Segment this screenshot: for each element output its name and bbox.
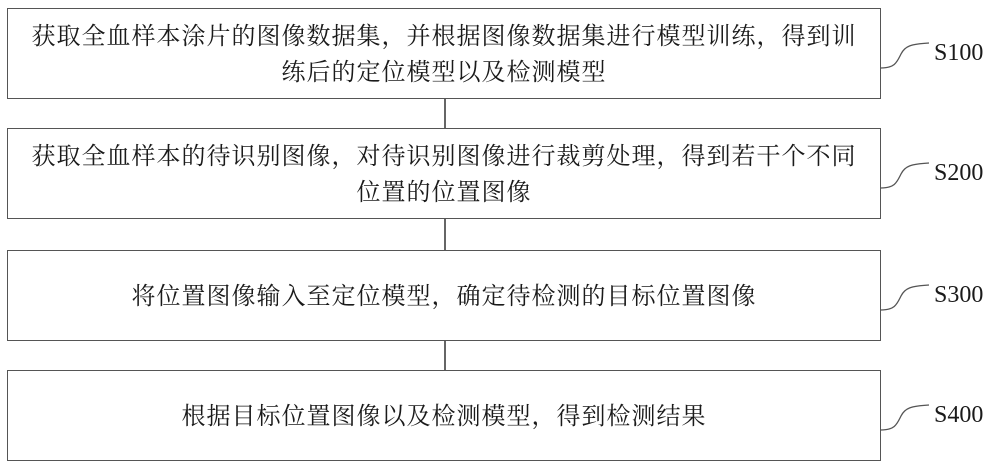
step-box-s400: 根据目标位置图像以及检测模型，得到检测结果 <box>7 370 881 461</box>
connector-s100-s200 <box>444 99 446 128</box>
leader-curve-s200 <box>881 160 931 192</box>
step-label-s200: S200 <box>934 160 983 187</box>
leader-curve-s100 <box>881 40 931 72</box>
leader-curve-s300 <box>881 282 931 314</box>
step-text-s400: 根据目标位置图像以及检测模型，得到检测结果 <box>168 398 721 434</box>
step-box-s200: 获取全血样本的待识别图像，对待识别图像进行裁剪处理，得到若干个不同位置的位置图像 <box>7 128 881 219</box>
step-label-s400: S400 <box>934 402 983 429</box>
step-box-s300: 将位置图像输入至定位模型，确定待检测的目标位置图像 <box>7 250 881 341</box>
step-box-s100: 获取全血样本涂片的图像数据集，并根据图像数据集进行模型训练，得到训练后的定位模型… <box>7 8 881 99</box>
step-label-s300: S300 <box>934 282 983 309</box>
step-text-s300: 将位置图像输入至定位模型，确定待检测的目标位置图像 <box>118 278 771 314</box>
step-text-s100: 获取全血样本涂片的图像数据集，并根据图像数据集进行模型训练，得到训练后的定位模型… <box>8 18 880 90</box>
step-text-s200: 获取全血样本的待识别图像，对待识别图像进行裁剪处理，得到若干个不同位置的位置图像 <box>8 138 880 210</box>
connector-s300-s400 <box>444 341 446 370</box>
step-label-s100: S100 <box>934 40 983 67</box>
connector-s200-s300 <box>444 219 446 250</box>
leader-curve-s400 <box>881 402 931 434</box>
